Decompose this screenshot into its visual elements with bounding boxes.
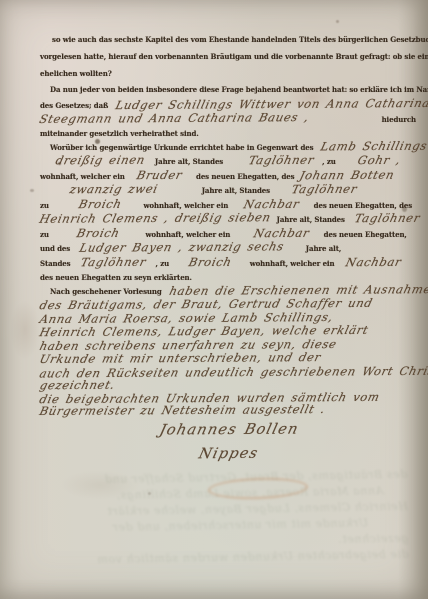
document-content: so wie auch das sechste Kapitel des vom … bbox=[40, 28, 418, 464]
printed-text: Standes bbox=[40, 259, 71, 268]
printed-text: Da nun jeder von beiden insbesondere die… bbox=[50, 85, 428, 94]
document-line: die beigebrachten Urkunden wurden sämtli… bbox=[40, 391, 418, 404]
printed-text: so wie auch das sechste Kapitel des vom … bbox=[52, 35, 428, 44]
bleedthrough-text: des Bräutigams, der Braut, Gertrud Schaf… bbox=[25, 467, 409, 570]
printed-text: Jahre alt, Standes bbox=[155, 157, 223, 166]
handwritten-text: Gohr , bbox=[356, 153, 402, 168]
handwritten-text: Taglöhner bbox=[247, 153, 316, 168]
document-line: vorgelesen hatte, hierauf den vorbenannt… bbox=[40, 45, 418, 62]
handwritten-text: Nachbar bbox=[242, 196, 301, 211]
handwritten-text: Nachbar bbox=[252, 225, 311, 240]
document-line: Urkunde mit mir unterschrieben, und der bbox=[40, 350, 418, 364]
printed-text: des Gesetzes; daß bbox=[40, 101, 108, 110]
signature-text: Nippes bbox=[197, 442, 262, 464]
printed-text: des neuen Ehegatten, bbox=[324, 230, 407, 239]
signature-line: Nippes bbox=[40, 442, 418, 464]
printed-text: ehelichen wollten? bbox=[40, 69, 112, 78]
ink-speck bbox=[336, 20, 339, 23]
document-line: ehelichen wollten? bbox=[40, 62, 418, 79]
document-line: miteinander gesetzlich verheirathet sind… bbox=[40, 124, 418, 137]
document-line: Bürgermeister zu Nettesheim ausgestellt … bbox=[40, 403, 418, 416]
printed-text: und des bbox=[40, 244, 70, 253]
document-line: Heinrich Clemens, Ludger Bayen, welche e… bbox=[40, 323, 418, 337]
document-line: Anna Maria Roersa, sowie Lamb Schillings… bbox=[40, 310, 418, 324]
document-line: Da nun jeder von beiden insbesondere die… bbox=[40, 79, 418, 95]
document-line: gezeichnet. bbox=[40, 377, 418, 391]
printed-text: zu bbox=[40, 201, 49, 210]
document-line: zuBroichwohnhaft, welcher einNachbardes … bbox=[40, 225, 418, 240]
printed-text: Worüber ich gegenwärtige Urkunde erricht… bbox=[50, 143, 313, 152]
printed-text: wohnhaft, welcher ein bbox=[143, 201, 228, 210]
document-line: dreißig einenJahre alt, StandesTaglöhner… bbox=[40, 152, 418, 167]
handwritten-text: Bruder bbox=[135, 167, 184, 182]
printed-text: , zu bbox=[156, 259, 170, 268]
document-line: Steegmann und Anna Catharina Baues ,hied… bbox=[40, 110, 418, 124]
printed-text: Jahre alt, Standes bbox=[202, 186, 270, 195]
document-line: des neuen Ehegatten zu seyn erklärten. bbox=[40, 268, 418, 282]
printed-text: des neuen Ehegatten, des bbox=[314, 201, 412, 210]
handwritten-text: Taglöhner bbox=[290, 182, 359, 197]
document-line: und desLudger Bayen , zwanzig sechsJahre… bbox=[40, 239, 418, 254]
scanned-page: so wie auch das sechste Kapitel des vom … bbox=[0, 0, 428, 599]
printed-text: zu bbox=[40, 230, 49, 239]
printed-text: , zu bbox=[322, 157, 336, 166]
printed-text: Jahre alt, bbox=[306, 244, 341, 253]
document-line: des Bräutigams, der Braut, Gertrud Schaf… bbox=[40, 296, 418, 310]
ink-speck bbox=[30, 189, 34, 192]
document-line: zwanzig zweiJahre alt, StandesTaglöhner bbox=[40, 181, 418, 196]
printed-text: vorgelesen hatte, hierauf den vorbenannt… bbox=[40, 52, 428, 61]
printed-text: des neuen Ehegatten, des bbox=[196, 172, 294, 181]
handwritten-text: Broich bbox=[187, 254, 233, 269]
document-line: so wie auch das sechste Kapitel des vom … bbox=[40, 28, 418, 45]
handwritten-text: Broich bbox=[77, 196, 123, 211]
signature-line: Johannes Bollen bbox=[40, 416, 418, 442]
document-line: Worüber ich gegenwärtige Urkunde erricht… bbox=[40, 137, 418, 152]
handwritten-text: Nachbar bbox=[345, 254, 404, 269]
paper-stain bbox=[10, 300, 40, 360]
document-line: Heinrich Clemens , dreißig siebenJahre a… bbox=[40, 210, 418, 225]
handwritten-text: Taglöhner bbox=[353, 211, 422, 226]
document-line: auch den Rückseiten undeutlich geschrieb… bbox=[40, 364, 418, 378]
document-line: haben schreibens unerfahren zu seyn, die… bbox=[40, 337, 418, 351]
signature-text: Johannes Bollen bbox=[157, 416, 302, 443]
printed-text: Jahre alt, Standes bbox=[277, 215, 345, 224]
handwritten-text: Taglöhner bbox=[79, 254, 148, 269]
document-line: wohnhaft, welcher einBruderdes neuen Ehe… bbox=[40, 167, 418, 182]
document-line: zuBroichwohnhaft, welcher einNachbardes … bbox=[40, 196, 418, 211]
printed-text: wohnhaft, welcher ein bbox=[250, 259, 335, 268]
printed-text: des neuen Ehegatten zu seyn erklärten. bbox=[40, 273, 192, 282]
handwritten-text: Broich bbox=[75, 225, 121, 240]
document-line: des Gesetzes; daßLudger Schillings Wittw… bbox=[40, 95, 418, 110]
document-line: StandesTaglöhner, zuBroichwohnhaft, welc… bbox=[40, 254, 418, 269]
printed-text: wohnhaft, welcher ein bbox=[40, 172, 125, 181]
printed-text: wohnhaft, welcher ein bbox=[145, 230, 230, 239]
document-line: Nach geschehener Vorlesunghaben die Ersc… bbox=[40, 282, 418, 296]
printed-text: Nach geschehener Vorlesung bbox=[50, 287, 162, 296]
